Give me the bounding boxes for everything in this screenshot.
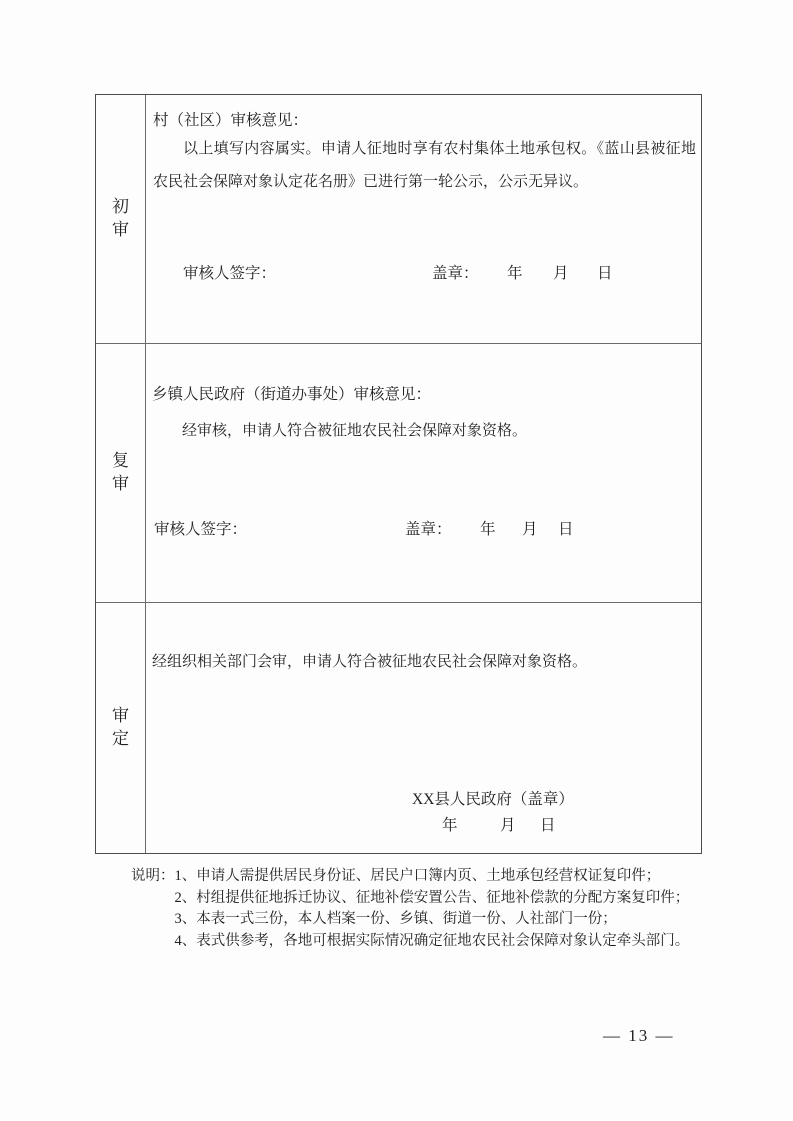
notes-section: 说明： 1、申请人需提供居民身份证、居民户口簿内页、土地承包经营权证复印件；2、…	[131, 866, 711, 952]
notes-label: 说明：	[131, 866, 175, 888]
notes-list: 1、申请人需提供居民身份证、居民户口簿内页、土地承包经营权证复印件；2、村组提供…	[175, 866, 712, 952]
row-label-cell-final: 审定	[96, 603, 146, 853]
review-opinion-heading: 乡镇人民政府（街道办事处）审核意见：	[152, 382, 431, 404]
seal-label: 盖章：	[432, 261, 479, 283]
row-content-final: 经组织相关部门会审，申请人符合被征地农民社会保障对象资格。 XX县人民政府（盖章…	[146, 603, 701, 853]
review-opinion-heading: 村（社区）审核意见：	[153, 108, 308, 130]
row-label-final: 审定	[111, 705, 131, 751]
month-label: 月	[500, 813, 516, 835]
signer-signature-label: 审核人签字：	[183, 261, 276, 283]
scanned-form-page: 初审 村（社区）审核意见： 以上填写内容属实。申请人征地时享有农村集体土地承包权…	[0, 0, 793, 1121]
row-content-second: 乡镇人民政府（街道办事处）审核意见： 经审核，申请人符合被征地农民社会保障对象资…	[146, 344, 701, 602]
note-line: 2、村组提供征地拆迁协议、征地补偿安置公告、征地补偿款的分配方案复印件；	[175, 888, 712, 910]
row-label-cell-second: 复审	[96, 344, 146, 602]
row-content-initial: 村（社区）审核意见： 以上填写内容属实。申请人征地时享有农村集体土地承包权。《蓝…	[146, 95, 701, 343]
note-line: 3、本表一式三份，本人档案一份、乡镇、街道一份、人社部门一份；	[175, 909, 712, 931]
note-line: 1、申请人需提供居民身份证、居民户口簿内页、土地承包经营权证复印件；	[175, 866, 712, 888]
year-label: 年	[507, 261, 523, 283]
row-initial-review: 初审 村（社区）审核意见： 以上填写内容属实。申请人征地时享有农村集体土地承包权…	[96, 95, 701, 344]
year-label: 年	[442, 813, 458, 835]
day-label: 日	[540, 813, 556, 835]
page-number: — 13 —	[603, 1026, 675, 1046]
month-label: 月	[522, 517, 538, 539]
month-label: 月	[553, 261, 569, 283]
seal-label: 盖章：	[405, 517, 452, 539]
day-label: 日	[558, 517, 574, 539]
row-label-initial: 初审	[111, 196, 131, 242]
row-label-second: 复审	[111, 450, 131, 496]
signer-signature-label: 审核人签字：	[154, 517, 247, 539]
review-opinion-body: 以上填写内容属实。申请人征地时享有农村集体土地承包权。《蓝山县被征地农民社会保障…	[153, 133, 696, 199]
authority-seal-line: XX县人民政府（盖章）	[412, 787, 574, 809]
row-second-review: 复审 乡镇人民政府（街道办事处）审核意见： 经审核，申请人符合被征地农民社会保障…	[96, 344, 701, 603]
review-opinion-body: 经审核，申请人符合被征地农民社会保障对象资格。	[152, 415, 696, 448]
row-final-approval: 审定 经组织相关部门会审，申请人符合被征地农民社会保障对象资格。 XX县人民政府…	[96, 603, 701, 853]
row-label-cell-initial: 初审	[96, 95, 146, 343]
note-line: 4、表式供参考，各地可根据实际情况确定征地农民社会保障对象认定牵头部门。	[175, 931, 712, 953]
year-label: 年	[480, 517, 496, 539]
review-table: 初审 村（社区）审核意见： 以上填写内容属实。申请人征地时享有农村集体土地承包权…	[95, 94, 702, 854]
review-opinion-body: 经组织相关部门会审，申请人符合被征地农民社会保障对象资格。	[152, 646, 696, 679]
day-label: 日	[597, 261, 613, 283]
